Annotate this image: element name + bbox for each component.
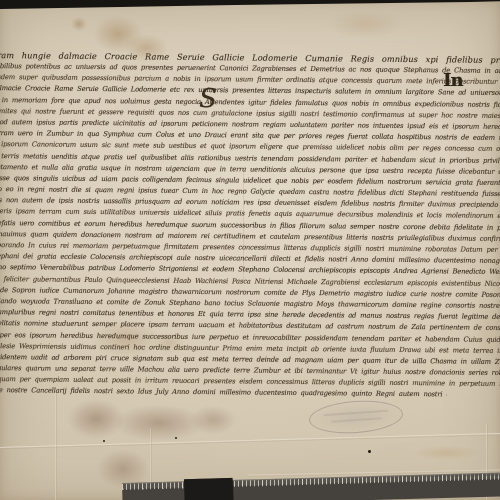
manuscript-photo: gram hungie dalmacie Croacie Rame Seruie… (0, 0, 500, 500)
stain-top-center (318, 6, 414, 42)
archival-stamp-oval (308, 398, 404, 436)
ink-speck (175, 437, 177, 439)
ink-speck (368, 450, 371, 453)
crease-vertical (55, 392, 57, 500)
fold-line-horizontal (0, 433, 500, 449)
stain-bottom-left (102, 400, 216, 446)
stain-bottom-right-streak (405, 444, 489, 462)
initial-letter-s: S (199, 84, 217, 114)
ruler-endcap (184, 478, 233, 500)
manuscript-text-block: gram hungie dalmacie Croacie Rame Seruie… (0, 48, 500, 403)
parchment: gram hungie dalmacie Croacie Rame Seruie… (0, 0, 500, 500)
stain-bottom-left (60, 394, 132, 444)
ink-speck (103, 440, 105, 442)
initial-letters-in: In (443, 70, 463, 91)
stain-bottom-left (184, 402, 242, 438)
stain-top-left-spot (69, 15, 89, 33)
